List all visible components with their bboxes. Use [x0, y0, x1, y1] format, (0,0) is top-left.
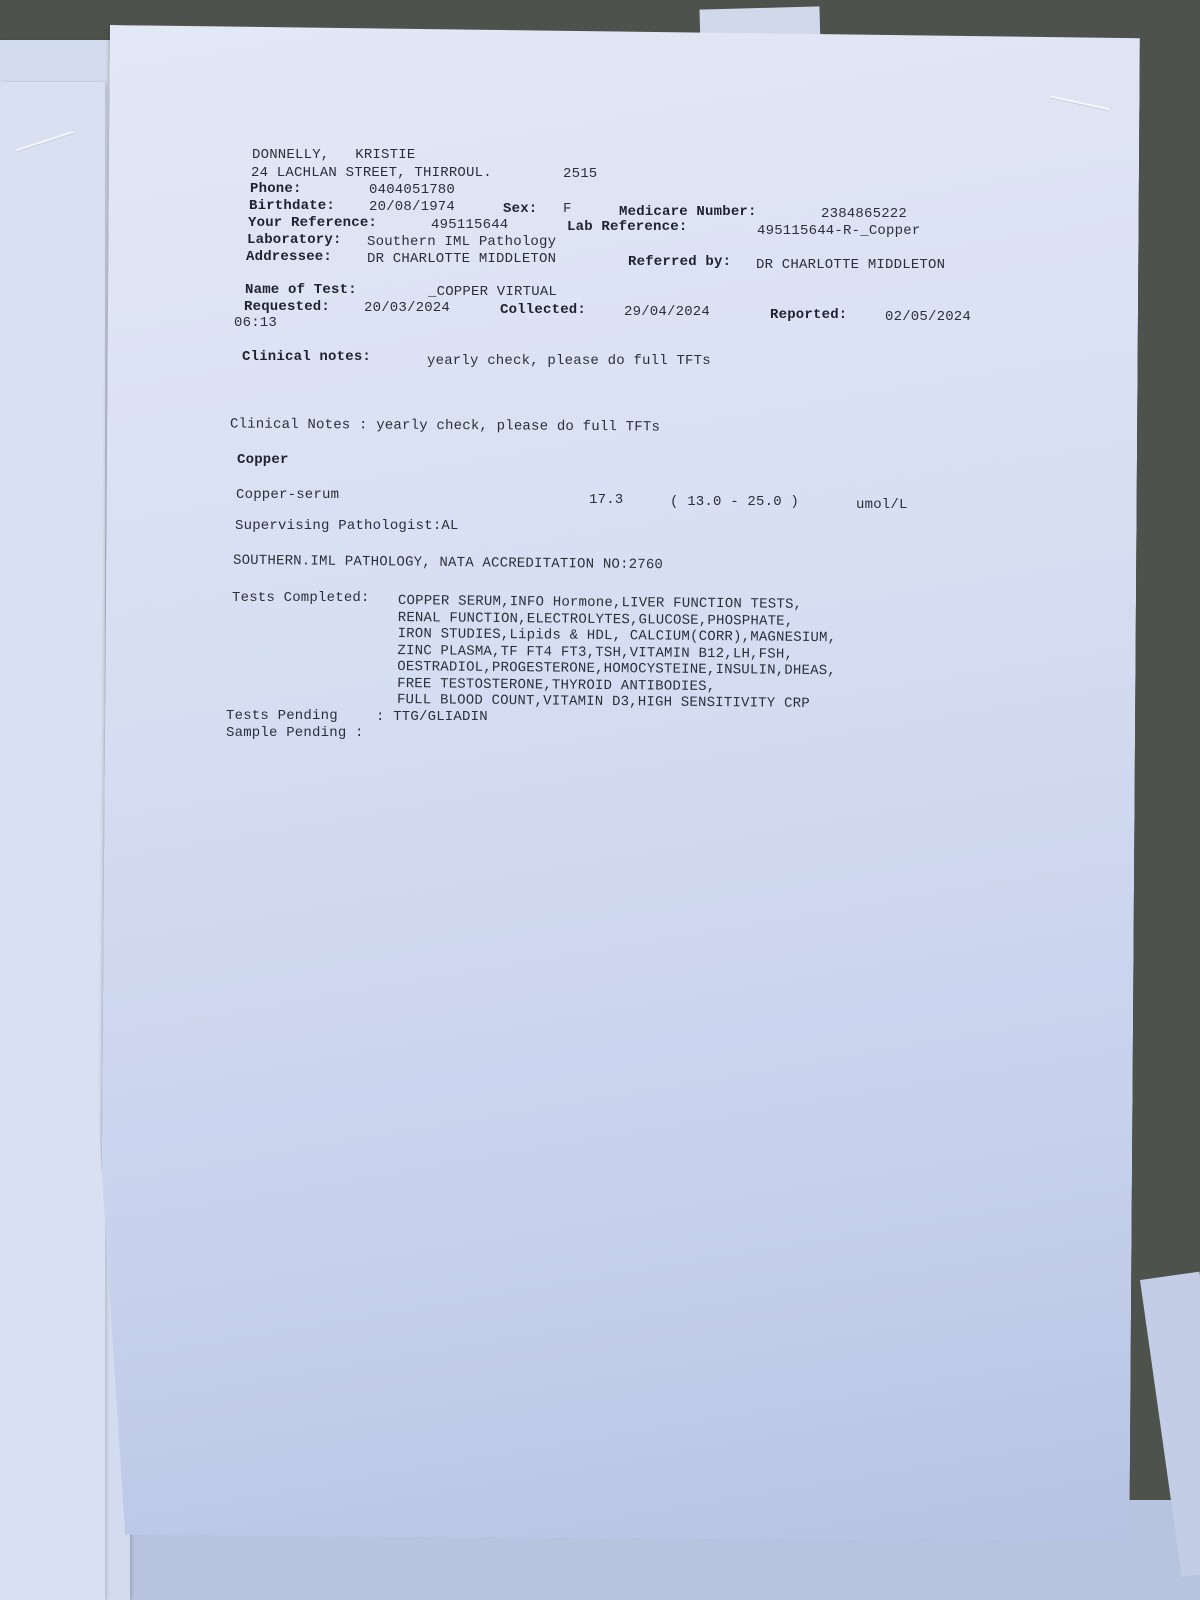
result-reference-range: ( 13.0 - 25.0 )	[670, 494, 799, 510]
collected-label: Collected:	[500, 302, 586, 318]
requested-value: 20/03/2024	[364, 300, 450, 316]
patient-surname: DONNELLY,	[252, 147, 329, 163]
addressee-value: DR CHARLOTTE MIDDLETON	[367, 251, 556, 267]
medicare-label: Medicare Number:	[619, 204, 757, 220]
collected-value: 29/04/2024	[624, 304, 710, 320]
requested-time: 06:13	[234, 315, 277, 331]
result-value: 17.3	[589, 492, 623, 508]
referred-by-label: Referred by:	[628, 254, 731, 270]
sample-pending-label: Sample Pending :	[226, 725, 364, 741]
patient-address: 24 LACHLAN STREET, THIRROUL.	[251, 165, 492, 181]
address-text: 24 LACHLAN STREET, THIRROUL.	[251, 165, 492, 181]
accreditation: SOUTHERN.IML PATHOLOGY, NATA ACCREDITATI…	[233, 553, 663, 574]
phone-value: 0404051780	[369, 182, 455, 198]
section-title-copper: Copper	[237, 452, 289, 468]
reported-value: 02/05/2024	[885, 309, 971, 325]
phone-label: Phone:	[250, 181, 302, 197]
laboratory-value: Southern IML Pathology	[367, 234, 556, 250]
requested-label: Requested:	[244, 299, 330, 315]
patient-name: DONNELLY, KRISTIE	[252, 147, 415, 163]
sex-label: Sex:	[503, 201, 537, 217]
test-name-label: Name of Test:	[245, 282, 357, 298]
tests-pending-label: Tests Pending	[226, 708, 338, 724]
tests-completed-label: Tests Completed:	[232, 590, 370, 606]
tests-completed-list: COPPER SERUM,INFO Hormone,LIVER FUNCTION…	[397, 593, 837, 713]
tests-pending-value: : TTG/GLIADIN	[376, 709, 488, 725]
supervising-pathologist: Supervising Pathologist:AL	[235, 518, 459, 534]
lab-reference-label: Lab Reference:	[567, 219, 687, 235]
your-reference-label: Your Reference:	[248, 215, 377, 231]
lab-reference-value: 495115644-R-_Copper	[757, 223, 920, 239]
result-unit: umol/L	[856, 497, 908, 513]
clinical-notes-value: yearly check, please do full TFTs	[427, 353, 711, 369]
laboratory-label: Laboratory:	[247, 232, 342, 248]
patient-given-name: KRISTIE	[355, 147, 415, 163]
referred-by-value: DR CHARLOTTE MIDDLETON	[756, 257, 945, 273]
sex-value: F	[563, 201, 572, 217]
birthdate-value: 20/08/1974	[369, 199, 455, 215]
report-clinical-notes: Clinical Notes : yearly check, please do…	[230, 416, 660, 435]
medicare-value: 2384865222	[821, 206, 907, 222]
test-name-value: _COPPER VIRTUAL	[428, 284, 557, 300]
clinical-notes-label: Clinical notes:	[242, 349, 371, 365]
addressee-label: Addressee:	[246, 249, 332, 265]
your-reference-value: 495115644	[431, 217, 508, 233]
reported-label: Reported:	[770, 307, 847, 323]
report-text: DONNELLY, KRISTIE 24 LACHLAN STREET, THI…	[0, 0, 1200, 1600]
postcode: 2515	[563, 166, 597, 182]
birthdate-label: Birthdate:	[249, 198, 335, 214]
result-name: Copper-serum	[236, 487, 339, 503]
